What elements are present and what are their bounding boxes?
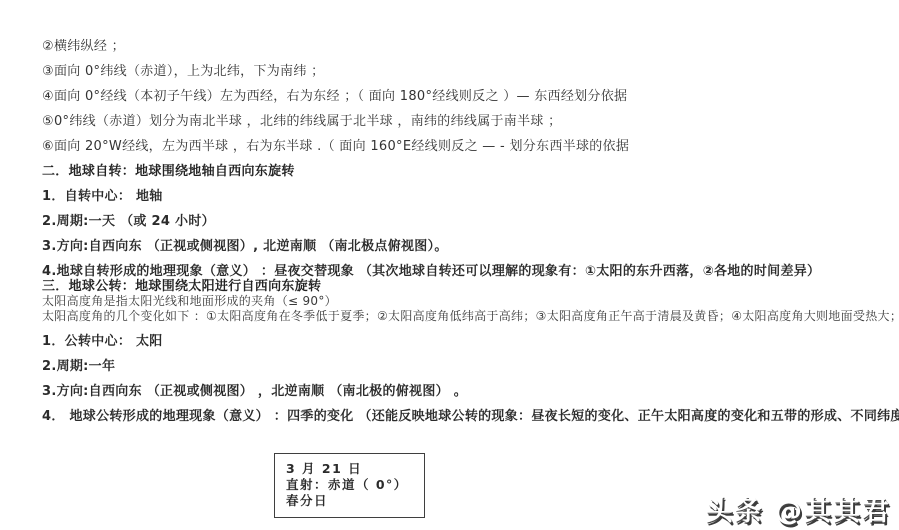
document-line: 三．地球公转：地球围绕太阳进行自西向东旋转 (42, 280, 891, 293)
document-line: 2.周期:一天 （或 24 小时） (42, 215, 891, 228)
callout-line: 直射：赤道（ 0°） (286, 477, 408, 493)
callout-line: 3 月 21 日 (286, 461, 408, 477)
document-line: 1．自转中心： 地轴 (42, 190, 891, 203)
document-line: 4.地球自转形成的地理现象（意义） ：昼夜交替现象 （其次地球自转还可以理解的现… (42, 265, 891, 278)
callout-line: 春分日 (286, 493, 408, 509)
document-lines: ②横纬纵经 ；③面向 0°纬线（赤道），上为北纬，下为南纬 ；④面向 0°经线（… (42, 40, 891, 423)
document-page: ②横纬纵经 ；③面向 0°纬线（赤道），上为北纬，下为南纬 ；④面向 0°经线（… (0, 0, 899, 530)
document-line: ②横纬纵经 ； (42, 40, 891, 53)
document-line: 3.方向:自西向东 （正视或侧视图） ，北逆南顺 （南北极的俯视图） 。 (42, 385, 891, 398)
document-line: ⑤0°纬线（赤道）划分为南北半球 ，北纬的纬线属于北半球 ，南纬的纬线属于南半球… (42, 115, 891, 128)
document-line: 3.方向:自西向东 （正视或侧视图）, 北逆南顺 （南北极点俯视图）。 (42, 240, 891, 253)
document-line: 2.周期:一年 (42, 360, 891, 373)
watermark: 头条 @其其君 (706, 489, 891, 528)
document-line: 二．地球自转：地球围绕地轴自西向东旋转 (42, 165, 891, 178)
document-line: 太阳高度角的几个变化如下 ：①太阳高度角在冬季低于夏季；②太阳高度角低纬高于高纬… (42, 310, 891, 323)
document-line: 太阳高度角是指太阳光线和地面形成的夹角（≤ 90°） (42, 295, 891, 308)
document-line: 4． 地球公转形成的地理现象（意义） ：四季的变化 （还能反映地球公转的现象：昼… (42, 410, 891, 423)
document-line: 1．公转中心： 太阳 (42, 335, 891, 348)
document-line: ③面向 0°纬线（赤道），上为北纬，下为南纬 ； (42, 65, 891, 78)
callout-box: 3 月 21 日直射：赤道（ 0°）春分日 (274, 453, 425, 518)
document-line: ④面向 0°经线（本初子午线）左为西经，右为东经 ；（ 面向 180°经线则反之… (42, 90, 891, 103)
document-line: ⑥面向 20°W经线，左为西半球 ，右为东半球 .（ 面向 160°E经线则反之… (42, 140, 891, 153)
document-body: ②横纬纵经 ；③面向 0°纬线（赤道），上为北纬，下为南纬 ；④面向 0°经线（… (42, 40, 891, 518)
